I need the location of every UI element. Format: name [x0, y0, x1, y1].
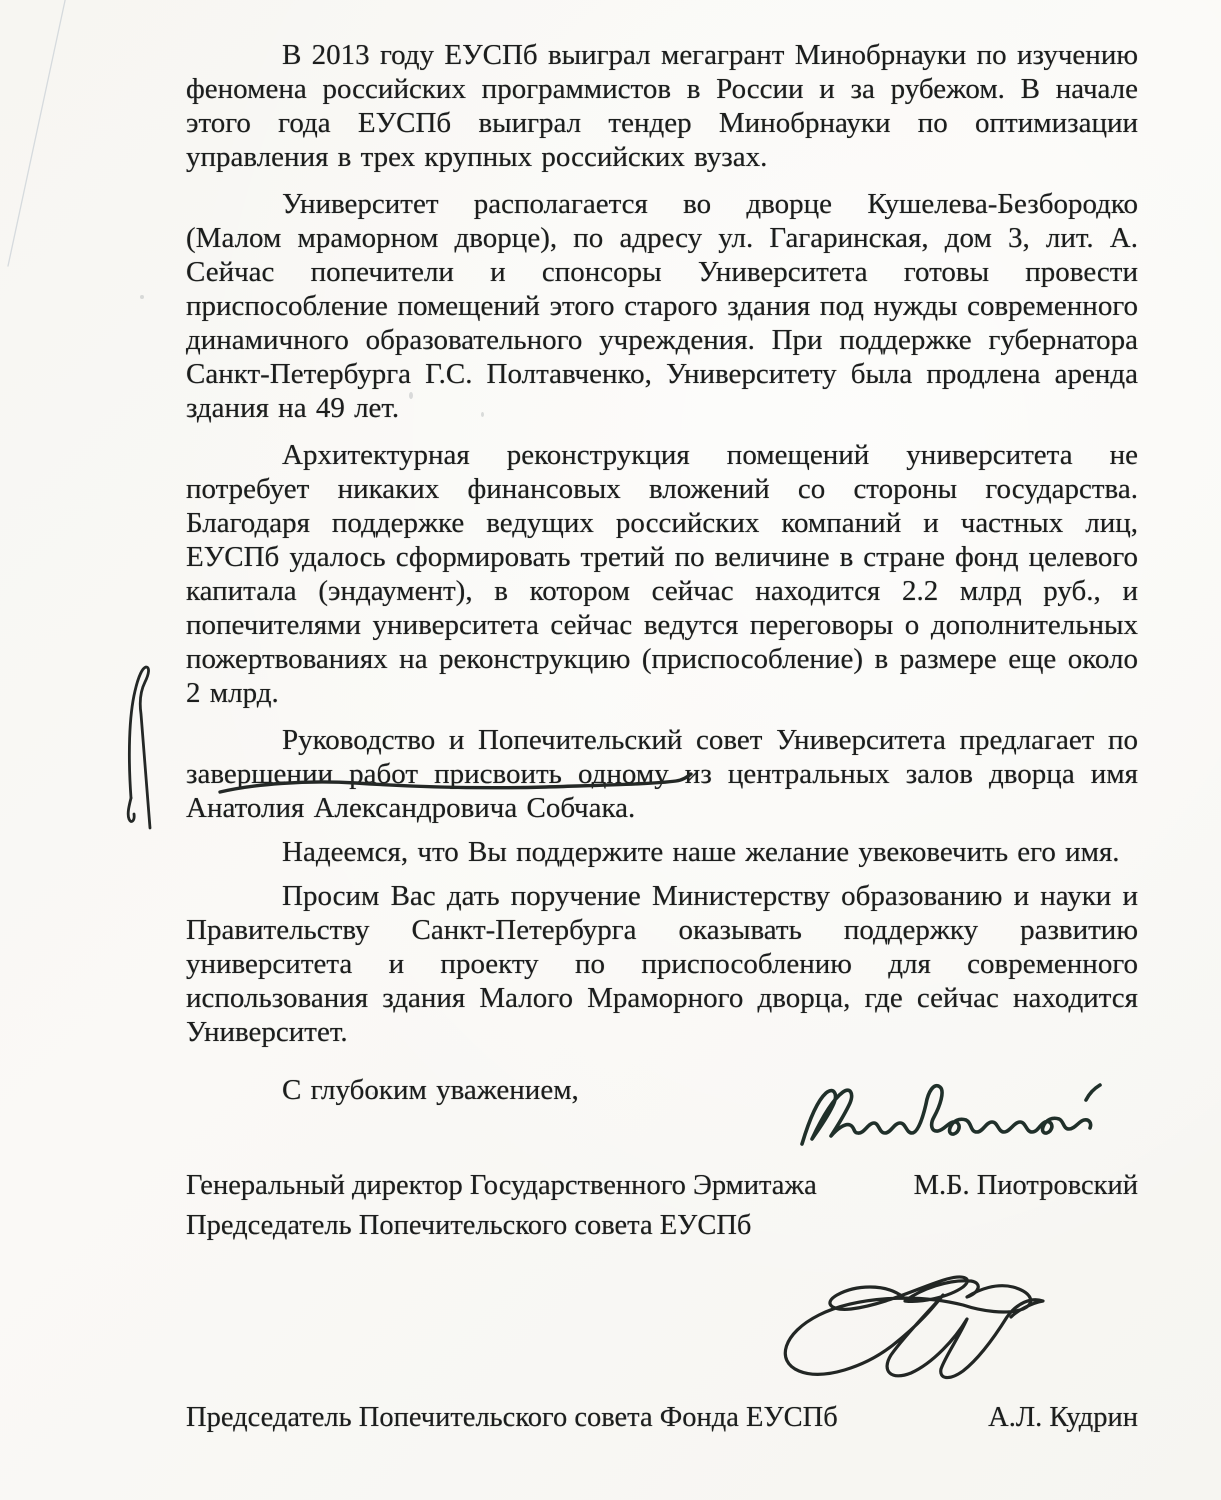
- signatory-title: Генеральный директор Государственного Эр…: [186, 1166, 886, 1206]
- signatory-kudrin-block: Председатель Попечительского совета Фонд…: [186, 1398, 1138, 1438]
- letter-body: В 2013 году ЕУСПб выиграл мегагрант Мино…: [186, 38, 1138, 1107]
- sobchak-underline: [214, 772, 704, 802]
- paragraph-endowment: Архитектурная реконструкция помещений ун…: [186, 438, 1138, 710]
- signatory-piotrovsky-block: Генеральный директор Государственного Эр…: [186, 1166, 1138, 1246]
- signatory-name: М.Б. Пиотровский: [914, 1166, 1138, 1206]
- piotrovsky-signature: [790, 1062, 1120, 1162]
- paragraph-megagrant: В 2013 году ЕУСПб выиграл мегагрант Мино…: [186, 38, 1138, 174]
- paragraph-request: Просим Вас дать поручение Министерству о…: [186, 879, 1138, 1049]
- margin-check-mark: [110, 655, 170, 840]
- kudrin-signature: [735, 1245, 1065, 1395]
- scan-speck: [140, 295, 144, 299]
- signatory-title: Председатель Попечительского совета Фонд…: [186, 1398, 886, 1438]
- signatory-title: Председатель Попечительского совета ЕУСП…: [186, 1206, 886, 1246]
- scanned-letter-page: В 2013 году ЕУСПб выиграл мегагрант Мино…: [0, 0, 1221, 1500]
- scan-line-artifact: [0, 0, 120, 280]
- scan-speck: [409, 392, 413, 399]
- signatory-name: А.Л. Кудрин: [988, 1398, 1138, 1438]
- scan-speck: [481, 412, 484, 417]
- paragraph-hope: Надеемся, что Вы поддержите наше желание…: [186, 835, 1138, 869]
- scan-speck: [372, 1092, 375, 1095]
- paragraph-palace: Университет располагается во дворце Куше…: [186, 187, 1138, 425]
